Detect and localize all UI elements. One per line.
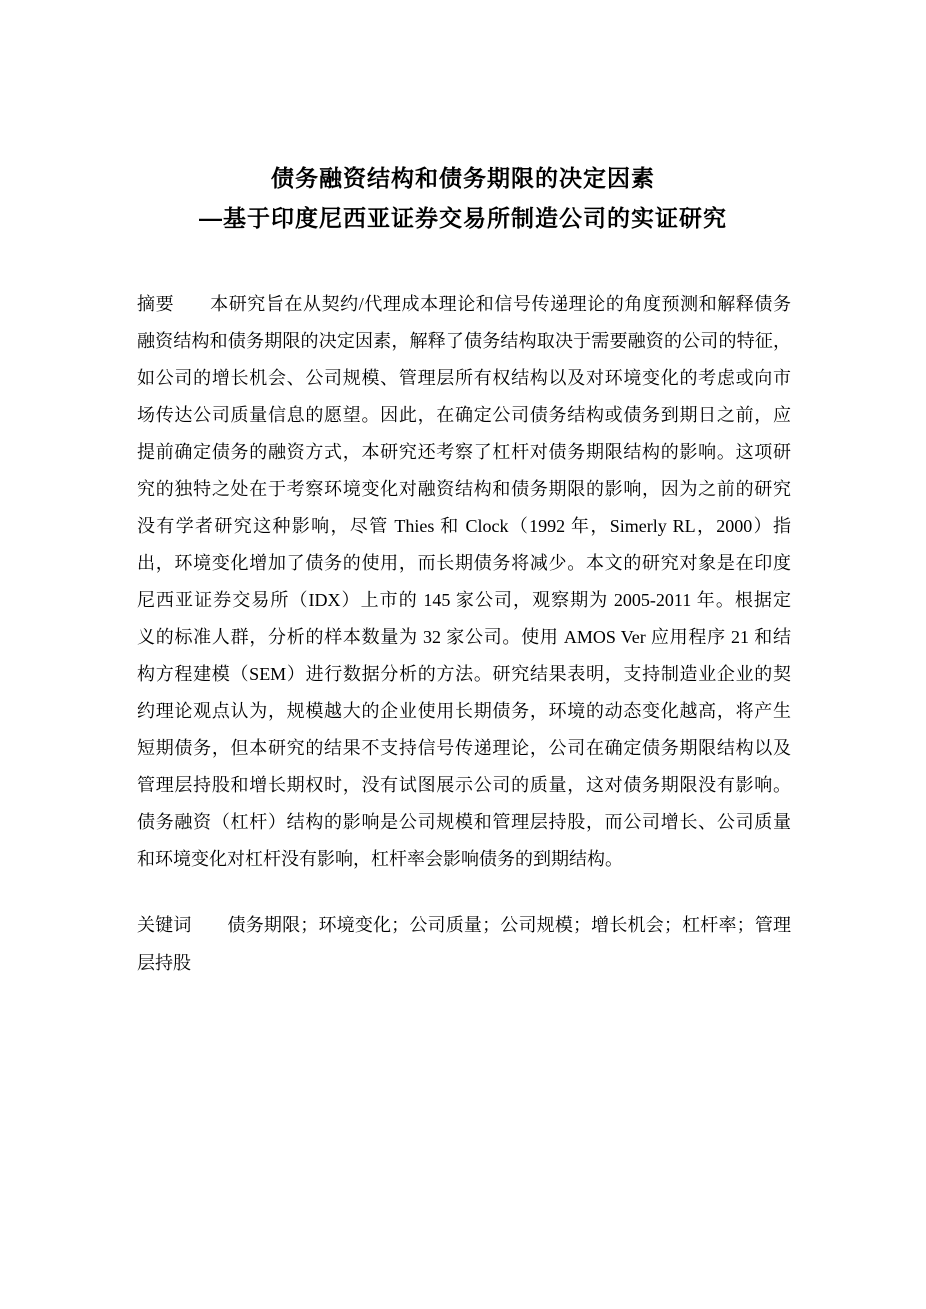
abstract: 摘要本研究旨在从契约/代理成本理论和信号传递理论的角度预测和解释债务 融资结构和… [137, 286, 791, 878]
paper-title: 债务融资结构和债务期限的决定因素 [137, 158, 789, 198]
title-block: 债务融资结构和债务期限的决定因素 —基于印度尼西亚证券交易所制造公司的实证研究 [137, 158, 789, 238]
abstract-line: 管理层持股和增长期权时，没有试图展示公司的质量，这对债务期限没有影响。 [137, 767, 791, 804]
paper-subtitle: —基于印度尼西亚证券交易所制造公司的实证研究 [137, 198, 789, 238]
abstract-line: 究的独特之处在于考察环境变化对融资结构和债务期限的影响，因为之前的研究 [137, 471, 791, 508]
abstract-line-text: 本研究旨在从契约/代理成本理论和信号传递理论的角度预测和解释债务 [210, 294, 791, 314]
abstract-line: 融资结构和债务期限的决定因素，解释了债务结构取决于需要融资的公司的特征， [137, 323, 791, 360]
abstract-line: 出，环境变化增加了债务的使用，而长期债务将减少。本文的研究对象是在印度 [137, 545, 791, 582]
abstract-line: 如公司的增长机会、公司规模、管理层所有权结构以及对环境变化的考虑或向市 [137, 360, 791, 397]
document-page: 债务融资结构和债务期限的决定因素 —基于印度尼西亚证券交易所制造公司的实证研究 … [0, 0, 926, 1309]
keywords-line: 关键词债务期限；环境变化；公司质量；公司规模；增长机会；杠杆率；管理 [137, 906, 791, 944]
keywords-line-text: 债务期限；环境变化；公司质量；公司规模；增长机会；杠杆率；管理 [228, 915, 791, 935]
abstract-line: 债务融资（杠杆）结构的影响是公司规模和管理层持股，而公司增长、公司质量 [137, 804, 791, 841]
abstract-line: 摘要本研究旨在从契约/代理成本理论和信号传递理论的角度预测和解释债务 [137, 286, 791, 323]
abstract-line: 没有学者研究这种影响，尽管 Thies 和 Clock（1992 年，Simer… [137, 508, 791, 545]
keywords-line: 层持股 [137, 944, 791, 982]
keywords: 关键词债务期限；环境变化；公司质量；公司规模；增长机会；杠杆率；管理 层持股 [137, 906, 791, 982]
abstract-line: 约理论观点认为，规模越大的企业使用长期债务，环境的动态变化越高，将产生 [137, 693, 791, 730]
abstract-label: 摘要 [137, 294, 174, 314]
abstract-line: 和环境变化对杠杆没有影响，杠杆率会影响债务的到期结构。 [137, 841, 791, 878]
abstract-line: 提前确定债务的融资方式，本研究还考察了杠杆对债务期限结构的影响。这项研 [137, 434, 791, 471]
abstract-line: 短期债务，但本研究的结果不支持信号传递理论，公司在确定债务期限结构以及 [137, 730, 791, 767]
abstract-line: 场传达公司质量信息的愿望。因此，在确定公司债务结构或债务到期日之前，应 [137, 397, 791, 434]
abstract-line: 构方程建模（SEM）进行数据分析的方法。研究结果表明，支持制造业企业的契 [137, 656, 791, 693]
keywords-label: 关键词 [137, 915, 192, 935]
abstract-line: 义的标准人群，分析的样本数量为 32 家公司。使用 AMOS Ver 应用程序 … [137, 619, 791, 656]
abstract-line: 尼西亚证券交易所（IDX）上市的 145 家公司，观察期为 2005-2011 … [137, 582, 791, 619]
